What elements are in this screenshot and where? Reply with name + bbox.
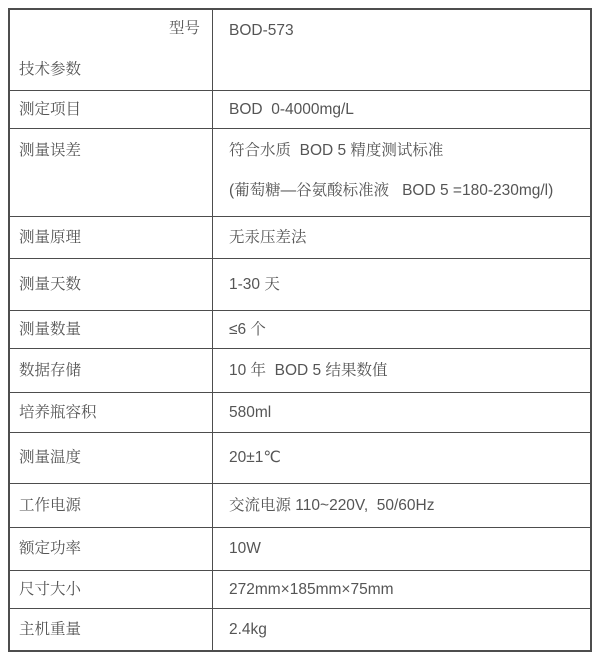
row-value: 580ml (229, 404, 271, 421)
row-value: 20±1℃ (229, 449, 281, 466)
row-label: 数据存储 (19, 362, 81, 379)
row-value-cell: BOD 0-4000mg/L (213, 91, 590, 128)
spec-row: 数据存储 10 年 BOD 5 结果数值 (10, 348, 590, 392)
spec-table: 型号 技术参数 BOD-573 测定项目 BOD 0-4000mg/L 测量误差… (8, 8, 592, 652)
row-label: 额定功率 (19, 540, 81, 557)
row-label: 测量数量 (19, 321, 81, 338)
row-label: 测量天数 (19, 276, 81, 293)
spec-row: 测量数量 ≤6 个 (10, 310, 590, 348)
tech-params-label: 技术参数 (19, 61, 81, 78)
row-label-cell: 尺寸大小 (10, 571, 213, 608)
row-label: 测量温度 (19, 449, 81, 466)
row-label-cell: 测量数量 (10, 311, 213, 348)
spec-row: 测量误差 符合水质 BOD 5 精度测试标准 (葡萄糖—谷氨酸标准液 BOD 5… (10, 128, 590, 216)
row-value: 10W (229, 540, 261, 557)
row-value: 2.4kg (229, 621, 267, 638)
row-label-cell: 测量误差 (10, 129, 213, 216)
row-value-cell: ≤6 个 (213, 311, 590, 348)
row-value: 272mm×185mm×75mm (229, 581, 394, 598)
row-value-cell: 10 年 BOD 5 结果数值 (213, 349, 590, 392)
row-label-cell: 额定功率 (10, 528, 213, 570)
spec-row: 测定项目 BOD 0-4000mg/L (10, 90, 590, 128)
spec-row: 主机重量 2.4kg (10, 608, 590, 650)
row-value: 1-30 天 (229, 276, 280, 293)
spec-row: 测量温度 20±1℃ (10, 432, 590, 483)
row-label-cell: 培养瓶容积 (10, 393, 213, 432)
header-label-cell: 型号 技术参数 (10, 10, 213, 90)
row-label-cell: 测量原理 (10, 217, 213, 258)
row-label: 测量原理 (19, 229, 81, 246)
row-value-line1: 符合水质 BOD 5 精度测试标准 (229, 142, 443, 159)
row-label: 主机重量 (19, 621, 81, 638)
spec-row: 测量天数 1-30 天 (10, 258, 590, 310)
spec-row: 工作电源 交流电源 110~220V, 50/60Hz (10, 483, 590, 527)
row-label-cell: 主机重量 (10, 609, 213, 650)
row-label: 测定项目 (19, 101, 81, 118)
spec-row: 培养瓶容积 580ml (10, 392, 590, 432)
row-label-cell: 测定项目 (10, 91, 213, 128)
row-label: 培养瓶容积 (19, 404, 97, 421)
row-label: 工作电源 (19, 497, 81, 514)
row-value-cell: 1-30 天 (213, 259, 590, 310)
row-label: 尺寸大小 (19, 581, 81, 598)
row-value-line2: (葡萄糖—谷氨酸标准液 BOD 5 =180-230mg/l) (229, 182, 553, 199)
row-value-cell: 20±1℃ (213, 433, 590, 483)
row-label: 测量误差 (19, 142, 81, 159)
spec-row: 尺寸大小 272mm×185mm×75mm (10, 570, 590, 608)
header-value-cell: BOD-573 (213, 10, 590, 90)
row-label-cell: 工作电源 (10, 484, 213, 527)
row-value: BOD 0-4000mg/L (229, 101, 354, 118)
spec-header-row: 型号 技术参数 BOD-573 (10, 10, 590, 90)
row-value-cell: 无汞压差法 (213, 217, 590, 258)
spec-row: 额定功率 10W (10, 527, 590, 570)
row-value-cell: 交流电源 110~220V, 50/60Hz (213, 484, 590, 527)
row-label-cell: 测量温度 (10, 433, 213, 483)
row-value: 交流电源 110~220V, 50/60Hz (229, 497, 435, 514)
row-value: 无汞压差法 (229, 229, 307, 246)
row-value: ≤6 个 (229, 321, 266, 338)
model-value: BOD-573 (229, 22, 294, 39)
row-label-cell: 测量天数 (10, 259, 213, 310)
row-value-cell: 符合水质 BOD 5 精度测试标准 (葡萄糖—谷氨酸标准液 BOD 5 =180… (213, 129, 590, 216)
row-value: 10 年 BOD 5 结果数值 (229, 362, 387, 379)
spec-row: 测量原理 无汞压差法 (10, 216, 590, 258)
row-value-cell: 2.4kg (213, 609, 590, 650)
model-label: 型号 (169, 20, 200, 37)
row-label-cell: 数据存储 (10, 349, 213, 392)
row-value-cell: 272mm×185mm×75mm (213, 571, 590, 608)
row-value-cell: 580ml (213, 393, 590, 432)
row-value-cell: 10W (213, 528, 590, 570)
